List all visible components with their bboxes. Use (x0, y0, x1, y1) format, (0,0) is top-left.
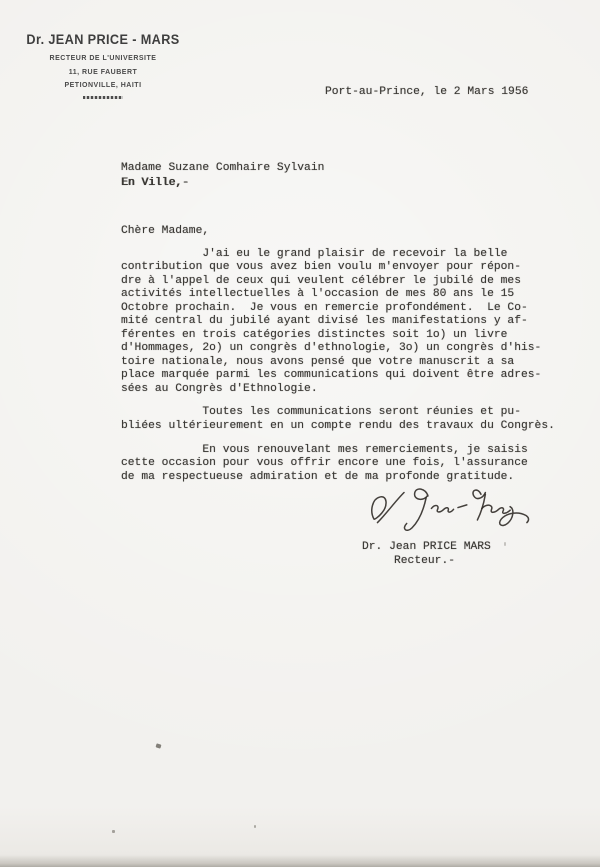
ink-speck (504, 542, 506, 546)
letterhead-name: Dr. JEAN PRICE - MARS (20, 32, 185, 47)
letterhead-address-street: 11, RUE FAUBERT (15, 66, 191, 80)
salutation: Chère Madame, (121, 225, 209, 237)
ink-speck (112, 830, 115, 833)
ink-speck (156, 743, 162, 748)
letterhead-rule (83, 96, 123, 99)
scan-edge-shadow (0, 855, 600, 867)
recipient-city: En Ville,- (121, 176, 324, 191)
recipient-block: Madame Suzane Comhaire Sylvain En Ville,… (121, 161, 324, 191)
ink-speck (254, 825, 256, 828)
signature-typed-role: Recteur.- (394, 555, 455, 567)
recipient-name: Madame Suzane Comhaire Sylvain (121, 161, 324, 176)
handwritten-signature (366, 483, 534, 533)
paragraph-2: Toutes les communications seront réunies… (121, 406, 551, 433)
letter-body: J'ai eu le grand plaisir de recevoir la … (121, 248, 551, 495)
dateline: Port-au-Prince, le 2 Mars 1956 (325, 86, 528, 98)
signature-typed-name: Dr. Jean PRICE MARS (362, 541, 491, 553)
letterhead-address-city: PETIONVILLE, HAITI (15, 79, 191, 93)
paragraph-1: J'ai eu le grand plaisir de recevoir la … (121, 248, 551, 396)
scanned-letter-page: Dr. JEAN PRICE - MARS RECTEUR DE L'UNIVE… (0, 0, 600, 867)
letterhead-role: RECTEUR DE L'UNIVERSITE (15, 52, 191, 66)
letterhead: Dr. JEAN PRICE - MARS RECTEUR DE L'UNIVE… (15, 32, 191, 99)
paragraph-3: En vous renouvelant mes remerciements, j… (121, 444, 551, 484)
